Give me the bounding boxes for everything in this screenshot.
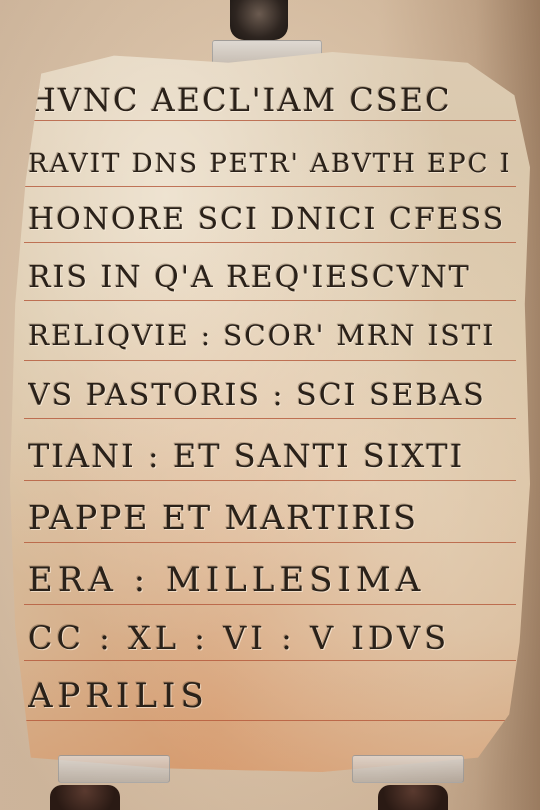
ruled-line bbox=[24, 480, 516, 481]
stone-slab: HVNC AECL'IAM CSEC RAVIT DNS PETR' ABVTH… bbox=[10, 52, 530, 772]
inscription-line-11: APRILIS bbox=[28, 672, 508, 720]
bottom-right-acrylic-clip bbox=[352, 755, 464, 783]
inscription-line-9: ERA : MILLESIMA bbox=[28, 556, 508, 604]
bottom-left-acrylic-clip bbox=[58, 755, 170, 783]
inscription-line-6: VS PASTORIS : SCI SEBAS bbox=[28, 372, 508, 420]
bottom-right-mount bbox=[378, 785, 448, 810]
inscription-line-10: CC : XL : VI : V IDVS bbox=[28, 614, 508, 662]
ruled-line bbox=[24, 360, 516, 361]
top-mounting-bracket bbox=[230, 0, 288, 40]
inscription-line-8: PAPPE ET MARTIRIS bbox=[28, 494, 508, 542]
inscription-line-3: HONORE SCI DNICI CFESS bbox=[28, 196, 508, 244]
inscription-line-4: RIS IN Q'A REQ'IESCVNT bbox=[28, 254, 508, 302]
inscription-line-5: RELIQVIE : SCOR' MRN ISTI bbox=[28, 312, 508, 360]
inscription-line-7: TIANI : ET SANTI SIXTI bbox=[28, 432, 508, 480]
inscription-line-1: HVNC AECL'IAM CSEC bbox=[28, 76, 508, 124]
ruled-line bbox=[24, 604, 516, 605]
inscription-line-2: RAVIT DNS PETR' ABVTH EPC II bbox=[28, 140, 508, 188]
ruled-line bbox=[24, 720, 516, 721]
ruled-line bbox=[24, 542, 516, 543]
bottom-left-mount bbox=[50, 785, 120, 810]
